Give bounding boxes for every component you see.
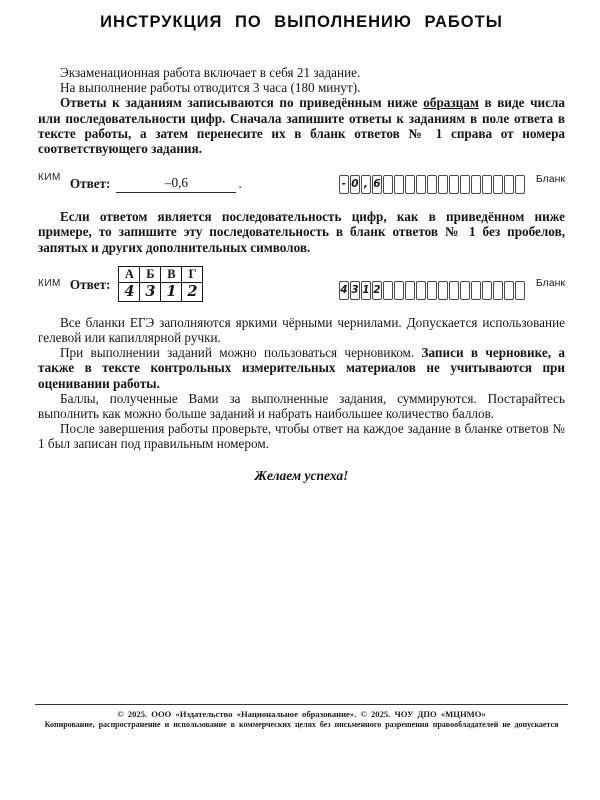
text-run: После завершения работы проверьте, чтобы… <box>38 421 565 451</box>
table-cell: 4 <box>119 283 140 302</box>
paragraph: Баллы, полученные Вами за выполненные за… <box>38 391 565 421</box>
success-wish: Желаем успеха! <box>38 468 565 484</box>
strip-cell: , <box>361 175 371 194</box>
strip-cell: 3 <box>350 281 360 300</box>
strip-cell <box>515 175 525 194</box>
strip-cell <box>482 175 492 194</box>
strip-cell <box>438 281 448 300</box>
kim-label: КИМ <box>38 278 61 289</box>
text-run: На выполнение работы отводится 3 часа (1… <box>60 80 360 95</box>
strip-cell <box>427 281 437 300</box>
instruction-page: ИНСТРУКЦИЯ ПО ВЫПОЛНЕНИЮ РАБОТЫ Экзамена… <box>0 0 600 800</box>
text-run: Экзаменационная работа включает в себя 2… <box>60 65 360 80</box>
table-cell: В <box>161 267 182 283</box>
strip-cell: 1 <box>361 281 371 300</box>
answer-label: Ответ: <box>70 176 111 192</box>
strip-cell: 2 <box>372 281 382 300</box>
strip-cell <box>493 175 503 194</box>
answer-underline-value: –0,6 <box>116 175 236 193</box>
strip-cell <box>383 175 393 194</box>
text-run: При выполнении заданий можно пользоватьс… <box>60 345 422 360</box>
strip-cell <box>405 281 415 300</box>
strip-cell <box>416 175 426 194</box>
strip-cell <box>471 281 481 300</box>
paragraph: Ответы к заданиям записываются по привед… <box>38 95 565 156</box>
text-run: образцам <box>423 95 479 110</box>
footer-copyright: © 2025. ООО «Издательство «Национальное … <box>35 709 568 720</box>
strip-cell <box>394 175 404 194</box>
text-run: Если ответом является последовательность… <box>38 209 565 254</box>
page-title: ИНСТРУКЦИЯ ПО ВЫПОЛНЕНИЮ РАБОТЫ <box>38 13 565 32</box>
table-cell: 1 <box>161 283 182 302</box>
table-cell: 3 <box>140 283 161 302</box>
answer-example-row-2: КИМ Ответ: АБВГ 4312 4312 Бланк <box>38 264 565 302</box>
answer-table-values-row: 4312 <box>119 283 203 302</box>
kim-label: КИМ <box>38 172 61 183</box>
strip-cell <box>493 281 503 300</box>
answer-strip: 4312 <box>339 281 526 300</box>
strip-cell <box>427 175 437 194</box>
intro-paragraphs: Экзаменационная работа включает в себя 2… <box>38 65 565 156</box>
strip-cell <box>416 281 426 300</box>
strip-cell <box>504 175 514 194</box>
strip-cell <box>449 175 459 194</box>
paragraph: На выполнение работы отводится 3 часа (1… <box>38 80 565 95</box>
text-run: Все бланки ЕГЭ заполняются яркими чёрным… <box>38 315 565 345</box>
strip-cell <box>515 281 525 300</box>
answer-table-header-row: АБВГ <box>119 267 203 283</box>
strip-cell: - <box>339 175 349 194</box>
answer-example-row-1: КИМ Ответ: –0,6 . -0,6 Бланк <box>38 170 565 198</box>
paragraph: Экзаменационная работа включает в себя 2… <box>38 65 565 80</box>
middle-paragraphs: Если ответом является последовательность… <box>38 209 565 255</box>
table-cell: Г <box>182 267 203 283</box>
strip-cell <box>449 281 459 300</box>
document-body: ИНСТРУКЦИЯ ПО ВЫПОЛНЕНИЮ РАБОТЫ Экзамена… <box>38 0 565 497</box>
paragraph: После завершения работы проверьте, чтобы… <box>38 421 565 451</box>
strip-cell <box>471 175 481 194</box>
answer-period: . <box>238 176 241 192</box>
strip-cell <box>482 281 492 300</box>
footer-legal-note: Копирование, распространение и использов… <box>35 720 568 731</box>
strip-cell: 4 <box>339 281 349 300</box>
strip-cell <box>405 175 415 194</box>
answer-table: АБВГ 4312 <box>118 266 203 302</box>
answer-label: Ответ: <box>70 277 111 293</box>
strip-cell <box>383 281 393 300</box>
blank-label: Бланк <box>536 173 565 185</box>
outro-paragraphs: Все бланки ЕГЭ заполняются яркими чёрным… <box>38 315 565 452</box>
paragraph: Если ответом является последовательность… <box>38 209 565 255</box>
strip-cell <box>460 281 470 300</box>
table-cell: 2 <box>182 283 203 302</box>
blank-label: Бланк <box>536 277 565 289</box>
table-cell: Б <box>140 267 161 283</box>
answer-strip: -0,6 <box>339 175 526 194</box>
table-cell: А <box>119 267 140 283</box>
paragraph: При выполнении заданий можно пользоватьс… <box>38 345 565 391</box>
strip-cell <box>394 281 404 300</box>
text-run: Ответы к заданиям записываются по привед… <box>60 95 423 110</box>
paragraph: Все бланки ЕГЭ заполняются яркими чёрным… <box>38 315 565 345</box>
footer: © 2025. ООО «Издательство «Национальное … <box>35 704 568 730</box>
strip-cell: 6 <box>372 175 382 194</box>
strip-cell <box>438 175 448 194</box>
strip-cell: 0 <box>350 175 360 194</box>
text-run: Баллы, полученные Вами за выполненные за… <box>38 391 565 421</box>
strip-cell <box>460 175 470 194</box>
strip-cell <box>504 281 514 300</box>
